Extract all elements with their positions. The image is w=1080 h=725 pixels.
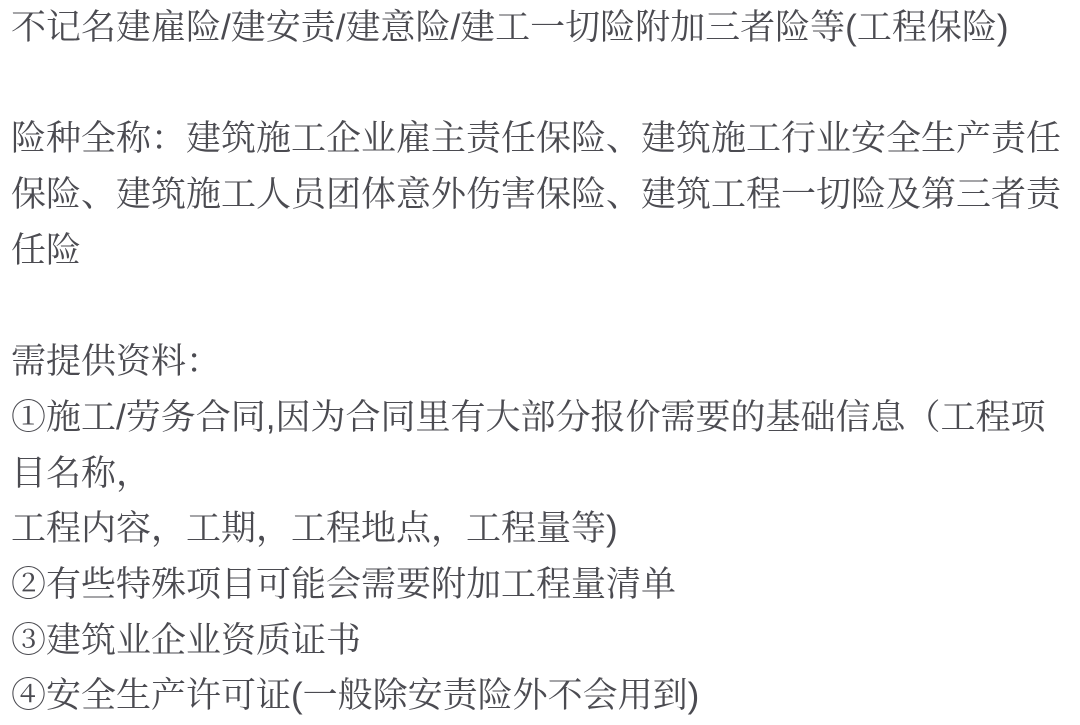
blank-line [11, 278, 1074, 334]
blank-line [11, 56, 1074, 112]
materials-item-line: ①施工/劳务合同,因为合同里有大部分报价需要的基础信息（工程项 [11, 390, 1074, 446]
full-name-line: 保险、建筑施工人员团体意外伤害保险、建筑工程一切险及第三者责 [11, 167, 1074, 223]
materials-item-line: ②有些特殊项目可能会需要附加工程量清单 [11, 557, 1074, 613]
materials-item-line: 目名称， [11, 446, 1074, 502]
doc-title: 不记名建雇险/建安责/建意险/建工一切险附加三者险等(工程保险) [11, 0, 1074, 56]
materials-item-line: 工程内容，工期，工程地点，工程量等) [11, 501, 1074, 557]
full-name-line: 险种全称：建筑施工企业雇主责任保险、建筑施工行业安全生产责任 [11, 111, 1074, 167]
materials-header: 需提供资料： [11, 334, 1074, 390]
materials-item-line: ④安全生产许可证(一般除安责险外不会用到) [11, 668, 1074, 724]
materials-item-line: ③建筑业企业资质证书 [11, 613, 1074, 669]
full-name-line: 任险 [11, 223, 1074, 279]
document-page: 不记名建雇险/建安责/建意险/建工一切险附加三者险等(工程保险) 险种全称：建筑… [0, 0, 1080, 725]
